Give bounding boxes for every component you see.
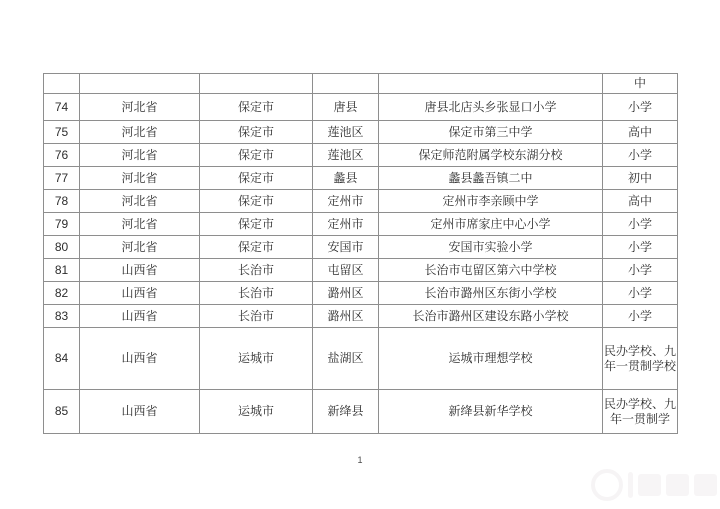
cell-school: 唐县北店头乡张显口小学 (379, 94, 603, 121)
table-row: 80 河北省 保定市 安国市 安国市实验小学 小学 (44, 236, 678, 259)
cell-stage: 中 (603, 74, 678, 94)
cell-index: 75 (44, 121, 80, 144)
cell-index: 80 (44, 236, 80, 259)
cell-school: 保定师范附属学校东湖分校 (379, 144, 603, 167)
cell-stage: 小学 (603, 213, 678, 236)
cell-stage: 民办学校、九年一贯制学校 (603, 328, 678, 390)
cell-province: 河北省 (80, 121, 200, 144)
table-row: 82 山西省 长治市 潞州区 长治市潞州区东街小学校 小学 (44, 282, 678, 305)
cell-province: 山西省 (80, 305, 200, 328)
cell-school: 长治市潞州区东街小学校 (379, 282, 603, 305)
cell-county: 蠡县 (313, 167, 379, 190)
cell-index: 77 (44, 167, 80, 190)
cell-province: 河北省 (80, 167, 200, 190)
table-row: 77 河北省 保定市 蠡县 蠡县蠡吾镇二中 初中 (44, 167, 678, 190)
cell-index (44, 74, 80, 94)
cell-province: 河北省 (80, 236, 200, 259)
table-row: 83 山西省 长治市 潞州区 长治市潞州区建设东路小学校 小学 (44, 305, 678, 328)
cell-school (379, 74, 603, 94)
cell-city: 保定市 (200, 236, 313, 259)
cell-stage: 小学 (603, 236, 678, 259)
cell-school: 定州市李亲顾中学 (379, 190, 603, 213)
cell-school: 长治市屯留区第六中学校 (379, 259, 603, 282)
cell-index: 83 (44, 305, 80, 328)
cell-city: 保定市 (200, 167, 313, 190)
watermark-mark (666, 474, 689, 496)
cell-index: 81 (44, 259, 80, 282)
cell-school: 蠡县蠡吾镇二中 (379, 167, 603, 190)
cell-city: 长治市 (200, 282, 313, 305)
cell-province (80, 74, 200, 94)
cell-school: 运城市理想学校 (379, 328, 603, 390)
school-list-table: 中 74 河北省 保定市 唐县 唐县北店头乡张显口小学 小学 75 河北省 保定… (43, 73, 678, 434)
watermark-mark (628, 472, 633, 498)
cell-county: 盐湖区 (313, 328, 379, 390)
cell-county: 屯留区 (313, 259, 379, 282)
table-row: 84 山西省 运城市 盐湖区 运城市理想学校 民办学校、九年一贯制学校 (44, 328, 678, 390)
page-number: 1 (43, 455, 677, 465)
cell-province: 河北省 (80, 144, 200, 167)
cell-province: 山西省 (80, 390, 200, 434)
cell-county: 唐县 (313, 94, 379, 121)
cell-city: 保定市 (200, 121, 313, 144)
cell-county: 定州市 (313, 190, 379, 213)
table-row: 79 河北省 保定市 定州市 定州市席家庄中心小学 小学 (44, 213, 678, 236)
table-row: 85 山西省 运城市 新绛县 新绛县新华学校 民办学校、九年一贯制学 (44, 390, 678, 434)
cell-school: 长治市潞州区建设东路小学校 (379, 305, 603, 328)
table-row: 78 河北省 保定市 定州市 定州市李亲顾中学 高中 (44, 190, 678, 213)
table-row: 81 山西省 长治市 屯留区 长治市屯留区第六中学校 小学 (44, 259, 678, 282)
cell-index: 74 (44, 94, 80, 121)
cell-stage: 小学 (603, 259, 678, 282)
table-row-continuation: 中 (44, 74, 678, 94)
cell-index: 84 (44, 328, 80, 390)
cell-stage: 高中 (603, 190, 678, 213)
cell-city (200, 74, 313, 94)
cell-school: 保定市第三中学 (379, 121, 603, 144)
cell-index: 79 (44, 213, 80, 236)
cell-county: 莲池区 (313, 121, 379, 144)
cell-county (313, 74, 379, 94)
cell-city: 运城市 (200, 390, 313, 434)
cell-province: 河北省 (80, 190, 200, 213)
cell-index: 85 (44, 390, 80, 434)
document-page: 中 74 河北省 保定市 唐县 唐县北店头乡张显口小学 小学 75 河北省 保定… (0, 0, 720, 509)
cell-city: 保定市 (200, 144, 313, 167)
cell-city: 保定市 (200, 94, 313, 121)
cell-index: 76 (44, 144, 80, 167)
cell-stage: 初中 (603, 167, 678, 190)
table-row: 74 河北省 保定市 唐县 唐县北店头乡张显口小学 小学 (44, 94, 678, 121)
cell-province: 山西省 (80, 328, 200, 390)
cell-stage: 高中 (603, 121, 678, 144)
cell-stage: 民办学校、九年一贯制学 (603, 390, 678, 434)
cell-stage: 小学 (603, 305, 678, 328)
cell-county: 莲池区 (313, 144, 379, 167)
cell-stage: 小学 (603, 282, 678, 305)
watermark-circle-icon (591, 469, 623, 501)
cell-province: 河北省 (80, 213, 200, 236)
cell-province: 山西省 (80, 282, 200, 305)
cell-school: 定州市席家庄中心小学 (379, 213, 603, 236)
cell-city: 保定市 (200, 213, 313, 236)
cell-index: 82 (44, 282, 80, 305)
cell-county: 安国市 (313, 236, 379, 259)
cell-province: 河北省 (80, 94, 200, 121)
cell-city: 运城市 (200, 328, 313, 390)
cell-stage: 小学 (603, 94, 678, 121)
cell-county: 潞州区 (313, 282, 379, 305)
cell-school: 新绛县新华学校 (379, 390, 603, 434)
cell-county: 定州市 (313, 213, 379, 236)
table-row: 75 河北省 保定市 莲池区 保定市第三中学 高中 (44, 121, 678, 144)
table-row: 76 河北省 保定市 莲池区 保定师范附属学校东湖分校 小学 (44, 144, 678, 167)
cell-school: 安国市实验小学 (379, 236, 603, 259)
cell-city: 长治市 (200, 305, 313, 328)
watermark-logo (591, 469, 717, 501)
watermark-mark (694, 474, 717, 496)
cell-city: 保定市 (200, 190, 313, 213)
cell-county: 潞州区 (313, 305, 379, 328)
cell-province: 山西省 (80, 259, 200, 282)
cell-city: 长治市 (200, 259, 313, 282)
cell-county: 新绛县 (313, 390, 379, 434)
cell-index: 78 (44, 190, 80, 213)
watermark-mark (638, 474, 661, 496)
cell-stage: 小学 (603, 144, 678, 167)
